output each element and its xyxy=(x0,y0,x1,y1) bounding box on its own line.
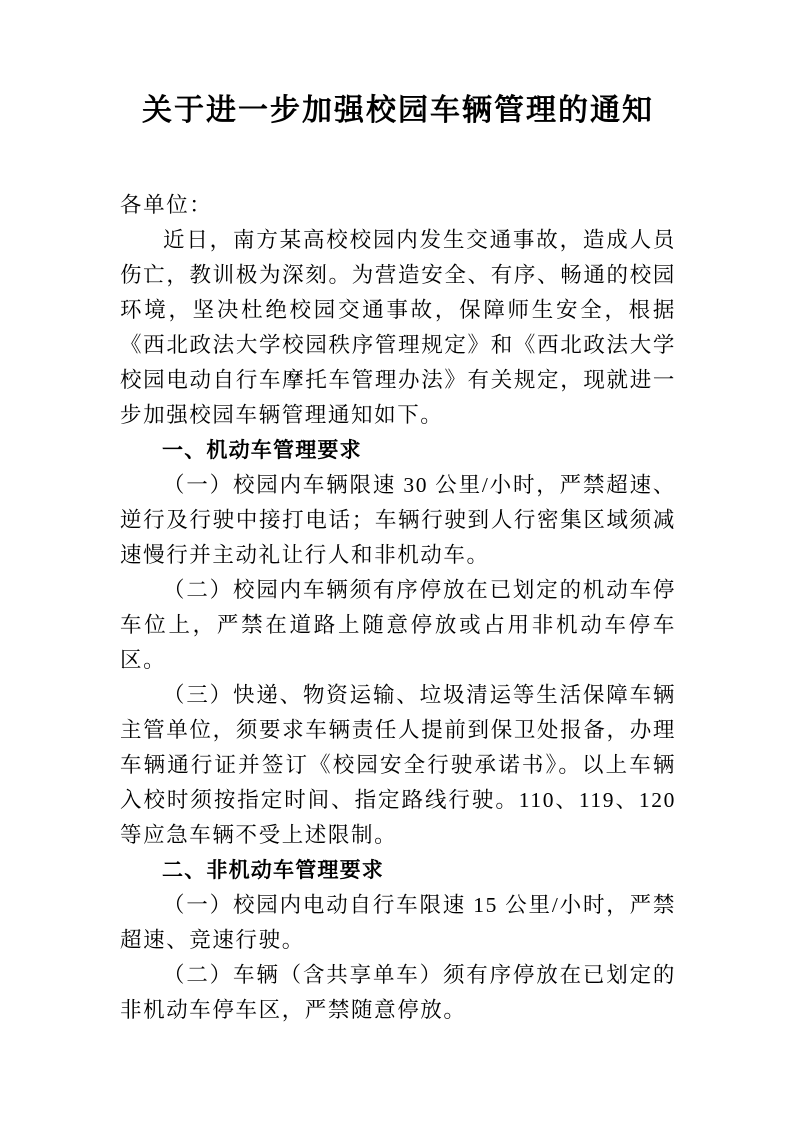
section-1-item-2: （二）校园内车辆须有序停放在已划定的机动车停车位上，严禁在道路上随意停放或占用非… xyxy=(120,573,676,678)
document-title: 关于进一步加强校园车辆管理的通知 xyxy=(120,92,676,130)
document-body: 各单位： 近日，南方某高校校园内发生交通事故，造成人员伤亡，教训极为深刻。为营造… xyxy=(120,188,676,1028)
section-1-item-1: （一）校园内车辆限速 30 公里/小时，严禁超速、逆行及行驶中接打电话；车辆行驶… xyxy=(120,468,676,573)
document-page: 关于进一步加强校园车辆管理的通知 各单位： 近日，南方某高校校园内发生交通事故，… xyxy=(0,0,793,1122)
section-2-heading: 二、非机动车管理要求 xyxy=(120,853,676,888)
section-1-item-3: （三）快递、物资运输、垃圾清运等生活保障车辆主管单位，须要求车辆责任人提前到保卫… xyxy=(120,678,676,853)
section-1-heading: 一、机动车管理要求 xyxy=(120,433,676,468)
salutation: 各单位： xyxy=(120,188,676,223)
intro-paragraph: 近日，南方某高校校园内发生交通事故，造成人员伤亡，教训极为深刻。为营造安全、有序… xyxy=(120,223,676,433)
section-2-item-1: （一）校园内电动自行车限速 15 公里/小时，严禁超速、竞速行驶。 xyxy=(120,888,676,958)
section-2-item-2: （二）车辆（含共享单车）须有序停放在已划定的非机动车停车区，严禁随意停放。 xyxy=(120,958,676,1028)
